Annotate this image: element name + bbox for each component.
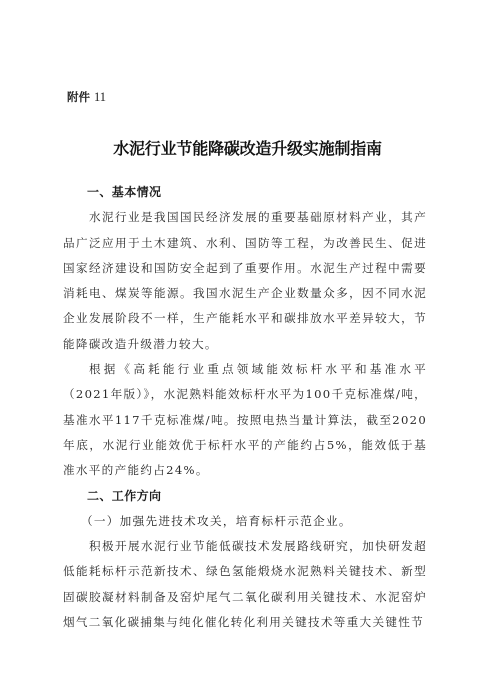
- paragraph: 积极开展水泥行业节能低碳技术发展路线研究，加快研发超低能耗标杆示范新技术、绿色氢…: [63, 534, 427, 635]
- attachment-number: 11: [94, 90, 106, 104]
- paragraph: 根据《高耗能行业重点领域能效标杆水平和基准水平（2021年版）》，水泥熟料能效标…: [63, 357, 427, 483]
- attachment-label: 附件 11: [67, 89, 106, 105]
- section-heading-basic-situation: 一、基本情况: [63, 180, 427, 205]
- attachment-label-text: 附件: [67, 90, 90, 104]
- document-body: 一、基本情况 水泥行业是我国国民经济发展的重要基础原材料产业，其产品广泛应用于土…: [63, 180, 427, 635]
- document-page: 附件 11 水泥行业节能降碳改造升级实施制指南 一、基本情况 水泥行业是我国国民…: [0, 0, 495, 700]
- document-title: 水泥行业节能降碳改造升级实施制指南: [0, 136, 495, 159]
- section-heading-work-direction: 二、工作方向: [63, 484, 427, 509]
- subsection-heading: （一）加强先进技术攻关，培育标杆示范企业。: [63, 509, 427, 534]
- paragraph: 水泥行业是我国国民经济发展的重要基础原材料产业，其产品广泛应用于土木建筑、水利、…: [63, 205, 427, 357]
